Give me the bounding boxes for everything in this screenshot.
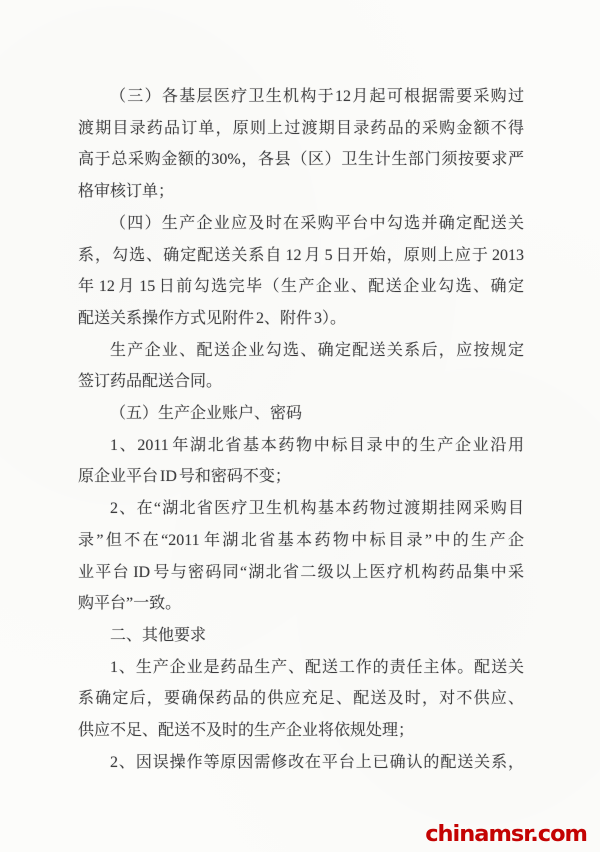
document-line: 2、因误操作等原因需修改在平台上已确认的配送关系， — [78, 747, 524, 779]
document-line: 签订药品配送合同。 — [78, 366, 524, 398]
scanned-page: （三）各基层医疗卫生机构于12月起可根据需要采购过 渡期目录药品订单，原则上过渡… — [0, 0, 600, 852]
document-line: 录”但不在“2011 年湖北省基本药物中标目录”中的生产企 — [78, 525, 524, 557]
document-line: 高于总采购金额的30%，各县（区）卫生计生部门须按要求严 — [78, 144, 524, 176]
document-line: 配送关系操作方式见附件 2、附件 3）。 — [78, 303, 524, 335]
document-line: （三）各基层医疗卫生机构于12月起可根据需要采购过 — [78, 81, 524, 113]
document-line: 业平台 ID 号与密码同“湖北省二级以上医疗机构药品集中采 — [78, 557, 524, 589]
document-line: 生产企业、配送企业勾选、确定配送关系后，应按规定 — [78, 335, 524, 367]
document-line: 1、生产企业是药品生产、配送工作的责任主体。配送关 — [78, 652, 524, 684]
document-section-heading: 二、其他要求 — [78, 620, 524, 652]
document-line: 购平台”一致。 — [78, 588, 524, 620]
document-line: 系确定后，要确保药品的供应充足、配送及时，对不供应、 — [78, 683, 524, 715]
document-line: 渡期目录药品订单，原则上过渡期目录药品的采购金额不得 — [78, 113, 524, 145]
document-line: 原企业平台 ID 号和密码不变； — [78, 461, 524, 493]
document-line: 格审核订单； — [78, 176, 524, 208]
document-line: 供应不足、配送不及时的生产企业将依规处理； — [78, 715, 524, 747]
document-text-block: （三）各基层医疗卫生机构于12月起可根据需要采购过 渡期目录药品订单，原则上过渡… — [78, 81, 524, 778]
document-line: 1、2011 年湖北省基本药物中标目录中的生产企业沿用 — [78, 430, 524, 462]
document-line: 系，勾选、确定配送关系自 12 月 5 日开始，原则上应于 2013 — [78, 240, 524, 272]
document-section-heading: （五）生产企业账户、密码 — [78, 398, 524, 430]
document-line: 年 12 月 15 日前勾选完毕（生产企业、配送企业勾选、确定 — [78, 271, 524, 303]
document-line: （四）生产企业应及时在采购平台中勾选并确定配送关 — [78, 208, 524, 240]
document-line: 2、在“湖北省医疗卫生机构基本药物过渡期挂网采购目 — [78, 493, 524, 525]
watermark-text: chinamsr.com — [425, 821, 587, 847]
